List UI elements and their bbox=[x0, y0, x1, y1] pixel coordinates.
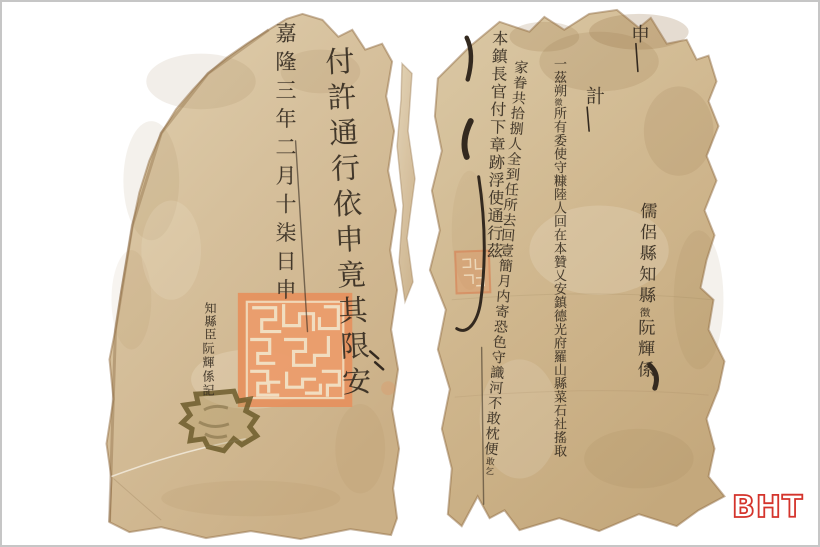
ruler-column-title: 儒侶縣知縣 bbox=[635, 202, 657, 307]
light-patch bbox=[141, 201, 201, 300]
document-photo bbox=[2, 2, 818, 545]
body-column-1: 一茲朔微所有委使守糠陸人回在本贊乂安鎮德光府羅山縣菜石社搖取 bbox=[552, 57, 565, 458]
subheader-character: 計 bbox=[584, 86, 603, 105]
bht-watermark-logo: BHT bbox=[732, 490, 803, 525]
body-column-2-small: 敢乞 bbox=[483, 456, 494, 476]
stain bbox=[584, 429, 693, 489]
faint-red-dot bbox=[381, 381, 395, 395]
date-column: 嘉隆三年二月十柒日申 bbox=[274, 22, 295, 307]
photo-canvas: 付許通行依申竟其限安 嘉隆三年二月十柒日申 知縣臣 阮輝係記 申 計 儒侶縣知縣… bbox=[0, 0, 820, 547]
body-column-1-lead: 一茲朔 bbox=[551, 57, 566, 98]
signer-name-column: 阮輝係記 bbox=[202, 342, 214, 398]
stain bbox=[161, 480, 340, 516]
ruler-column-name: 阮輝係 bbox=[633, 318, 654, 381]
closing-column: 本鎮長官付下章跡浮使通行茲 bbox=[485, 30, 507, 260]
body-column-1-rest: 所有委使守糠陸人回在本贊乂安鎮德光府羅山縣菜石社搖取 bbox=[551, 107, 566, 458]
signer-title-column: 知縣臣 bbox=[204, 302, 216, 341]
stain bbox=[510, 22, 580, 52]
ruler-column: 儒侶縣知縣徴阮輝係 bbox=[634, 202, 654, 382]
stain bbox=[674, 230, 724, 369]
body-column-1-small: 微 bbox=[554, 98, 563, 107]
stain bbox=[146, 54, 255, 110]
stain bbox=[335, 404, 385, 493]
header-character: 申 bbox=[629, 24, 648, 43]
torn-paper-strip bbox=[397, 64, 415, 302]
ruler-column-small: 徴 bbox=[639, 307, 651, 319]
stain bbox=[644, 86, 714, 175]
